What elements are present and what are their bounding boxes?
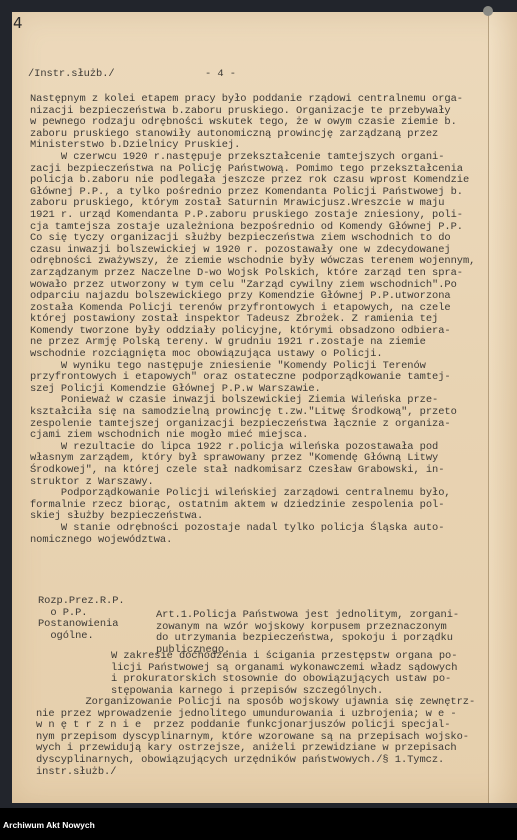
text-line: W zakresie dochodzenia i ścigania przest… [111,651,457,663]
text-line: kształciła się na samodzielną prowincję … [30,407,475,419]
text-line: Co się tyczy organizacji służby bezpiecz… [30,233,475,245]
text-line: dyscyplinarnych, obowiązujących urzędnik… [36,755,475,767]
text-line: policja b.zaboru nie podlegała jeszcze p… [30,175,475,187]
page-fold-shade [489,12,517,803]
text-line: zarządzanym przez Naczelne D-wo Wojsk Po… [30,268,475,280]
text-line: wschodnie rozciągnięta moc obowiązująca … [30,349,475,361]
text-line: ogólne. [38,631,125,643]
text-line: nomicznego województwa. [30,535,475,547]
handwritten-page-number: 4 [13,14,23,32]
text-line: Zorganizowanie Policji na sposób wojskow… [36,697,475,709]
text-line: W czerwcu 1920 r.następuje przekształcen… [30,152,475,164]
text-line: instr.służb./ [36,767,475,779]
closing-paragraph: Zorganizowanie Policji na sposób wojskow… [36,697,475,778]
text-line: odparciu najazdu bolszewickiego przy Kom… [30,291,475,303]
archive-label: Archiwum Akt Nowych [3,820,95,830]
body-text: Następnym z kolei etapem pracy było podd… [30,94,475,546]
article-1-paragraph-2: W zakresie dochodzenia i ścigania przest… [111,651,457,697]
text-line: W stanie odrębności pozostaje nadal tylk… [30,523,475,535]
text-line: Środkowej", na której czele stał nadkomi… [30,465,475,477]
header-page-number: - 4 - [205,69,236,81]
text-line: Następnym z kolei etapem pracy było podd… [30,94,475,106]
margin-note: Rozp.Prez.R.P. o P.P.Postanowienia ogóln… [38,596,125,642]
text-line: 1921 r. urząd Komendanta P.P.zaboru prus… [30,210,475,222]
text-line: Rozp.Prez.R.P. [38,596,125,608]
binding-pin [483,6,493,16]
header-reference: /Instr.służb./ [28,69,115,81]
text-line: Art.1.Policja Państwowa jest jednolitym,… [156,610,459,622]
